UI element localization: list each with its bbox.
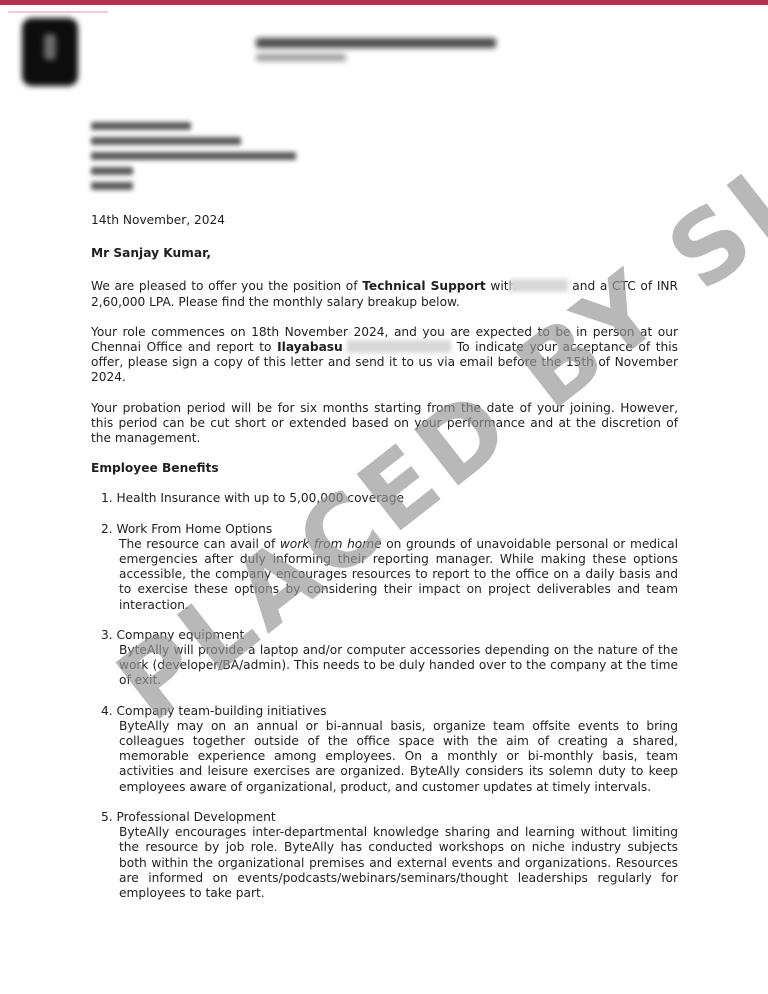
recipient-address-redacted <box>91 122 296 197</box>
benefit-title: 3. Company equipment <box>91 628 678 643</box>
address-line <box>91 182 133 190</box>
benefit-title: 5. Professional Development <box>91 810 678 825</box>
benefit-description: ByteAlly may on an annual or bi-annual b… <box>91 719 678 795</box>
offer-text: We are pleased to offer you the position… <box>91 279 362 293</box>
benefit-description: The resource can avail of work from home… <box>91 537 678 613</box>
role-paragraph: Your role commences on 18th November 202… <box>91 325 678 386</box>
benefits-list: 1. Health Insurance with up to 5,00,000 … <box>91 491 678 901</box>
address-line <box>91 152 296 160</box>
benefit-description: ByteAlly encourages inter-departmental k… <box>91 825 678 901</box>
benefit-title: 4. Company team-building initiatives <box>91 704 678 719</box>
benefit-emphasis: work from home <box>280 537 382 551</box>
address-line <box>91 122 191 130</box>
offer-paragraph: We are pleased to offer you the position… <box>91 279 678 309</box>
company-tagline-redacted <box>256 54 346 61</box>
company-header-redacted <box>256 38 496 61</box>
benefits-heading: Employee Benefits <box>91 461 678 476</box>
manager-surname-redacted <box>347 340 451 353</box>
address-line <box>91 137 241 145</box>
letter-date: 14th November, 2024 <box>91 213 678 228</box>
position-title: Technical Support <box>362 279 486 293</box>
logo-glyph-icon <box>44 34 56 60</box>
company-name-redacted <box>510 279 568 292</box>
reporting-manager-name: Ilayabasu <box>277 340 343 354</box>
address-line <box>91 167 133 175</box>
brand-top-bar <box>0 0 768 5</box>
benefit-item: 5. Professional Development ByteAlly enc… <box>91 810 678 901</box>
benefit-title: 2. Work From Home Options <box>91 522 678 537</box>
offer-letter-body: 14th November, 2024 Mr Sanjay Kumar, We … <box>91 213 678 916</box>
benefit-title: 1. Health Insurance with up to 5,00,000 … <box>91 491 678 506</box>
salutation: Mr Sanjay Kumar, <box>91 246 678 261</box>
company-name-redacted <box>256 38 496 48</box>
brand-accent-line <box>8 11 108 13</box>
benefit-item: 3. Company equipment ByteAlly will provi… <box>91 628 678 689</box>
company-logo <box>22 18 78 86</box>
benefit-description: ByteAlly will provide a laptop and/or co… <box>91 643 678 689</box>
benefit-text: The resource can avail of <box>119 537 280 551</box>
benefit-item: 2. Work From Home Options The resource c… <box>91 522 678 613</box>
probation-paragraph: Your probation period will be for six mo… <box>91 401 678 447</box>
benefit-item: 4. Company team-building initiatives Byt… <box>91 704 678 795</box>
benefit-item: 1. Health Insurance with up to 5,00,000 … <box>91 491 678 506</box>
